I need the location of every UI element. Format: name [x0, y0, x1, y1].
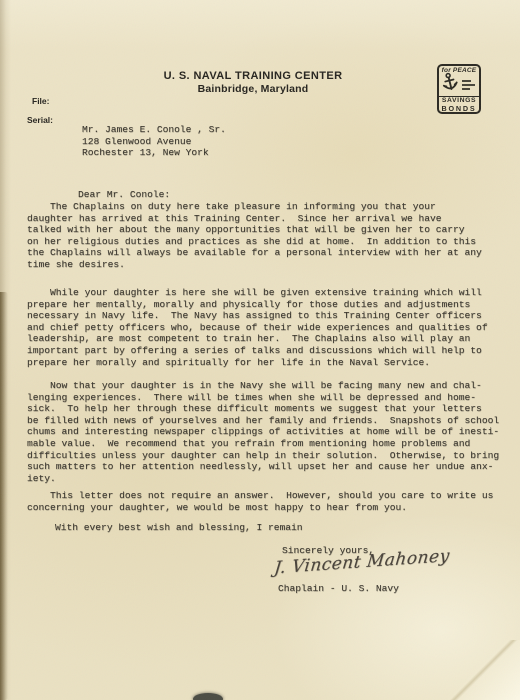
body-paragraph-1: The Chaplains on duty here take pleasure… [27, 201, 482, 271]
savings-bonds-stamp: for PEACE SAVINGS [437, 64, 481, 114]
closing-line: With every best wish and blessing, I rem… [27, 522, 303, 534]
salutation: Dear Mr. Conole: [27, 189, 170, 201]
file-label: File: [32, 96, 49, 106]
signer-title: Chaplain - U. S. Navy [278, 583, 399, 595]
body-paragraph-4: This letter does not require an answer. … [27, 490, 493, 513]
stamp-bonds-text: BONDS [439, 105, 479, 113]
recipient-address: Mr. James E. Conole , Sr. 128 Glenwood A… [82, 124, 226, 159]
body-paragraph-3: Now that your daughter is in the Navy sh… [27, 380, 499, 484]
letterhead-subtitle: Bainbridge, Maryland [0, 83, 506, 95]
letter-page: U. S. NAVAL TRAINING CENTER Bainbridge, … [0, 0, 520, 700]
scan-bottom-mark [193, 693, 223, 700]
serial-label: Serial: [27, 115, 53, 125]
letterhead-title: U. S. NAVAL TRAINING CENTER [0, 70, 506, 82]
scan-edge-shadow-dark [0, 292, 8, 700]
body-paragraph-2: While your daughter is here she will be … [27, 287, 488, 368]
anchor-icon [438, 70, 463, 100]
stamp-fine-print-lines [462, 78, 475, 92]
corner-fold [442, 640, 520, 700]
